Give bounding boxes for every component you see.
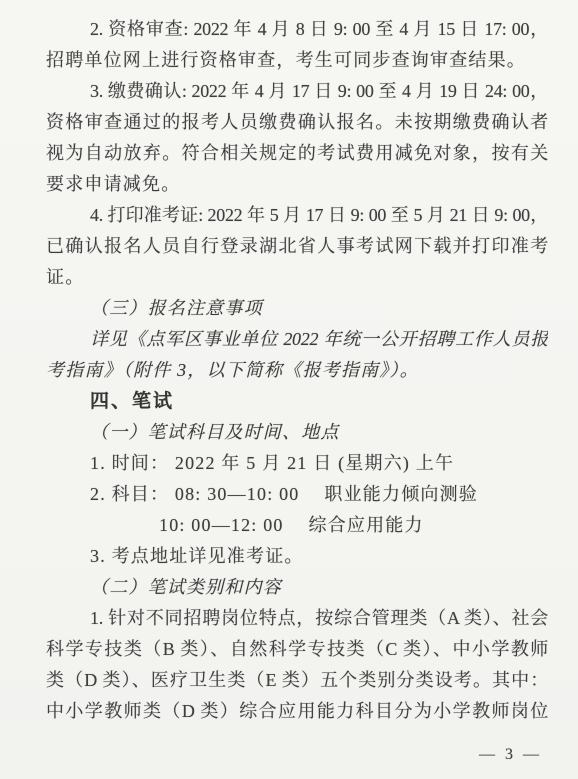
text-line: 科学专技类（B 类）、自然科学专技类（C 类）、中小学教师 [46,634,548,665]
text-line: 招聘单位网上进行资格审查，考生可同步查询审查结果。 [46,45,548,76]
text-line: 10: 00—12: 00 综合应用能力 [159,510,548,541]
page-number: — 3 — [479,746,542,764]
text-line: 3. 考点地址详见准考证。 [46,541,548,572]
subsection-heading: （一）笔试科目及时间、地点 [46,417,548,448]
section-heading: 四、笔试 [46,386,548,417]
text-line: 要求申请减免。 [46,169,548,200]
text-line: 详见《点军区事业单位 2022 年统一公开招聘工作人员报 [46,324,548,355]
text-line: 中小学教师类（D 类）综合应用能力科目分为小学教师岗位 [46,696,548,727]
text-line: 2. 科目： 08: 30—10: 00 职业能力倾向测验 [46,479,548,510]
text-line: 证。 [46,262,548,293]
text-line: 2. 资格审查: 2022 年 4 月 8 日 9: 00 至 4 月 15 日… [46,14,548,45]
subsection-heading: （二）笔试类别和内容 [46,572,548,603]
text-line: 1. 时间： 2022 年 5 月 21 日 (星期六) 上午 [46,448,548,479]
text-line: 视为自动放弃。符合相关规定的考试费用减免对象，按有关 [46,138,548,169]
text-line: 4. 打印准考证: 2022 年 5 月 17 日 9: 00 至 5 月 21… [46,200,548,231]
text-line: 类（D 类）、医疗卫生类（E 类）五个类别分类设考。其中： [46,665,548,696]
subsection-heading: （三）报名注意事项 [46,293,548,324]
text-line: 3. 缴费确认: 2022 年 4 月 17 日 9: 00 至 4 月 19 … [46,76,548,107]
document-content: 2. 资格审查: 2022 年 4 月 8 日 9: 00 至 4 月 15 日… [46,14,548,727]
text-line: 1. 针对不同招聘岗位特点，按综合管理类（A 类）、社会 [46,603,548,634]
text-line: 考指南》（附件 3，以下简称《报考指南》）。 [46,355,548,386]
text-line: 已确认报名人员自行登录湖北省人事考试网下载并打印准考 [46,231,548,262]
text-line: 资格审查通过的报考人员缴费确认报名。未按期缴费确认者 [46,107,548,138]
document-page: 2. 资格审查: 2022 年 4 月 8 日 9: 00 至 4 月 15 日… [0,0,578,779]
